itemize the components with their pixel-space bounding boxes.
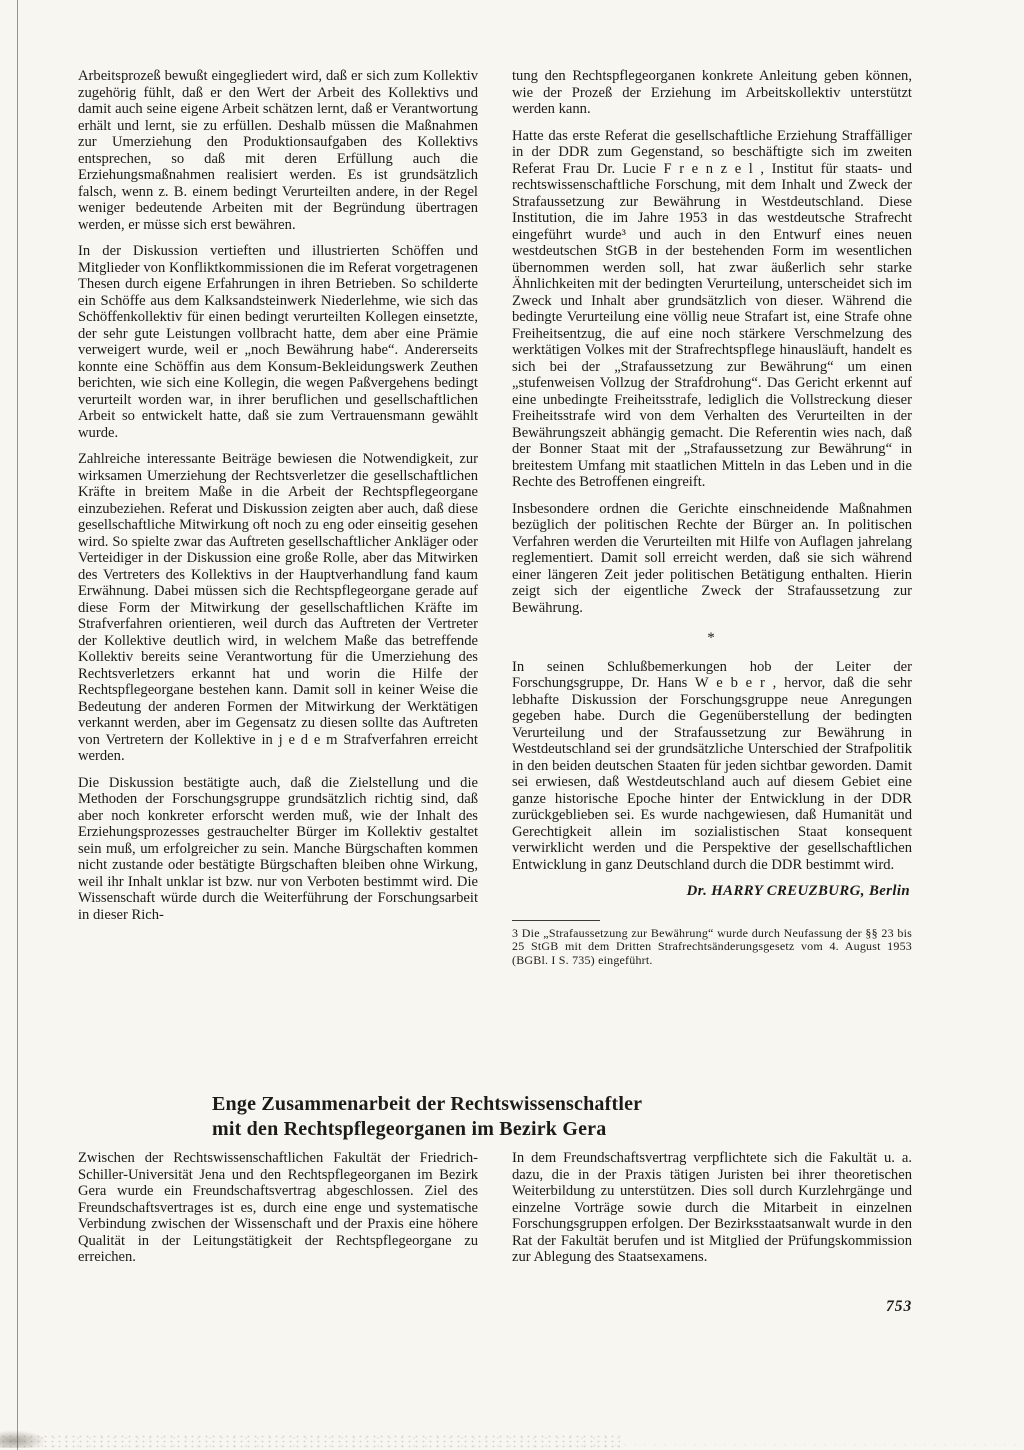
asterisk-separator: * xyxy=(512,630,912,647)
article2-right-column: In dem Freundschaftsvertrag verpflichtet… xyxy=(512,1150,912,1266)
scan-noise-band xyxy=(0,1434,620,1450)
body-paragraph: Zwischen der Rechtswissenschaftlichen Fa… xyxy=(78,1150,478,1266)
footnote-block: 3 Die „Strafaussetzung zur Bewährung“ wu… xyxy=(512,920,912,968)
article1-left-column: Arbeitsprozeß bewußt eingegliedert wird,… xyxy=(78,68,478,923)
body-paragraph: tung den Rechtspflegeorganen konkrete An… xyxy=(512,68,912,118)
body-paragraph: In seinen Schlußbemerkungen hob der Leit… xyxy=(512,659,912,874)
footnote-text: 3 Die „Strafaussetzung zur Bewährung“ wu… xyxy=(512,927,912,968)
page-number: 753 xyxy=(886,1298,912,1316)
section-heading-line1: Enge Zusammenarbeit der Rechtswissenscha… xyxy=(212,1092,642,1117)
body-paragraph: In der Diskussion vertieften und illustr… xyxy=(78,243,478,441)
page-edge-scan-line xyxy=(17,0,18,1450)
scan-noise-band-faint xyxy=(560,1442,1024,1450)
body-paragraph: Arbeitsprozeß bewußt eingegliedert wird,… xyxy=(78,68,478,233)
body-paragraph: Die Diskussion bestätigte auch, daß die … xyxy=(78,775,478,924)
article2-left-column: Zwischen der Rechtswissenschaftlichen Fa… xyxy=(78,1150,478,1266)
scan-corner-smudge xyxy=(0,1430,46,1448)
section-heading: Enge Zusammenarbeit der Rechtswissenscha… xyxy=(212,1092,642,1142)
body-paragraph: In dem Freundschaftsvertrag verpflichtet… xyxy=(512,1150,912,1266)
body-paragraph: Hatte das erste Referat die gesellschaft… xyxy=(512,128,912,491)
body-paragraph: Zahlreiche interessante Beiträge bewiese… xyxy=(78,451,478,765)
body-paragraph: Insbesondere ordnen die Gerichte einschn… xyxy=(512,501,912,617)
section-heading-line2: mit den Rechtspflegeorganen im Bezirk Ge… xyxy=(212,1117,642,1142)
footnote-rule xyxy=(512,920,600,921)
author-byline: Dr. HARRY CREUZBURG, Berlin xyxy=(512,883,912,900)
scanned-journal-page: Arbeitsprozeß bewußt eingegliedert wird,… xyxy=(0,0,1024,1450)
article1-right-column: tung den Rechtspflegeorganen konkrete An… xyxy=(512,68,912,968)
